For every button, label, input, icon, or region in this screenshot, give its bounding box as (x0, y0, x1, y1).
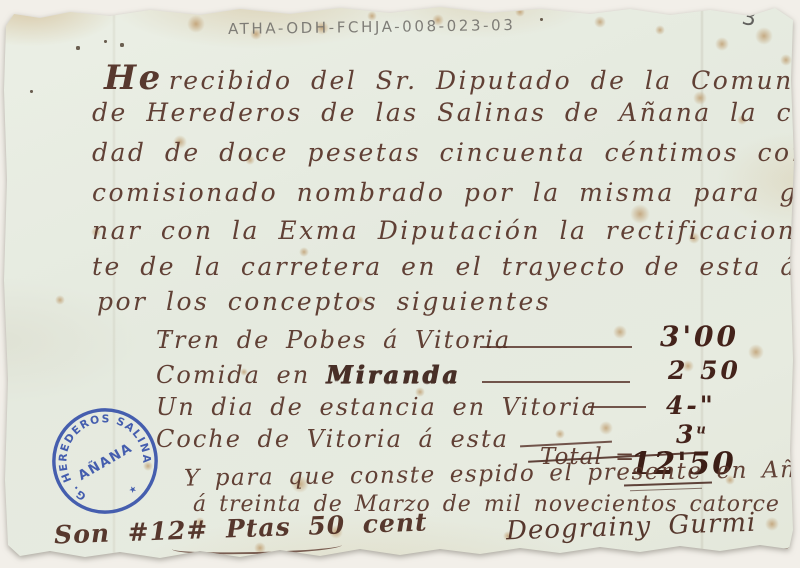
body-line-2: de Herederos de las Salinas de Añana la … (92, 98, 800, 127)
body-line-5: nar con la Exma Diputación la rectificac… (92, 216, 800, 245)
body-line-4: comisionado nombrado por la misma para g… (92, 178, 800, 207)
stain (555, 429, 565, 439)
body-line-6: te de la carretera en el trayecto de est… (92, 252, 800, 281)
stain (613, 325, 627, 339)
ink-speck (120, 43, 124, 47)
stamp-ring-text: G. HEREDEROS SALINAS (24, 380, 160, 516)
expense-row-label: Tren de Pobes á Vitoria (156, 326, 511, 354)
total-underline-2 (630, 488, 702, 492)
opening-initial: He (104, 58, 163, 98)
expense-label-pre: Comida en (156, 361, 326, 389)
scanned-receipt: ATHA-ODH-FCHJA-008-023-03 3 Herecibido d… (0, 0, 800, 568)
stain (515, 7, 525, 17)
stain (594, 16, 606, 28)
stamp-star-icon: ★ (127, 484, 139, 497)
expense-amount: 2 50 (668, 356, 741, 385)
expense-row-label: Coche de Vitoria á esta (156, 425, 509, 453)
page-number: 3 (740, 5, 758, 32)
stain (748, 344, 764, 360)
body-line-7: por los conceptos siguientes (97, 287, 551, 316)
expense-row-label: Comida en Miranda (156, 360, 461, 389)
leader-line (588, 406, 646, 408)
ink-speck (76, 46, 80, 50)
expense-amount-value: 3 (676, 420, 696, 449)
receipt-paper: ATHA-ODH-FCHJA-008-023-03 3 Herecibido d… (0, 0, 800, 568)
body-line-1-text: recibido del Sr. Diputado de la Comunida… (169, 66, 800, 95)
ink-speck (30, 90, 33, 93)
svg-text:G. HEREDEROS SALINAS: G. HEREDEROS SALINAS (24, 380, 160, 516)
expense-label-overwritten: Miranda (326, 360, 461, 389)
expense-amount-mark: u (696, 423, 705, 438)
stain (755, 27, 773, 45)
leader-line (482, 381, 630, 383)
ink-speck (104, 40, 107, 43)
leader-line (480, 346, 632, 348)
stain (599, 421, 613, 435)
body-line-1: Herecibido del Sr. Diputado de la Comuni… (104, 58, 800, 98)
stamp-center-text: AÑANA (75, 439, 136, 484)
body-line-3: dad de doce pesetas cincuenta céntimos c… (92, 138, 800, 167)
ink-speck (540, 18, 543, 21)
figures-underline-flourish (172, 539, 342, 556)
stain (187, 15, 205, 33)
archive-code: ATHA-ODH-FCHJA-008-023-03 (228, 16, 516, 38)
expense-amount: 3u (676, 420, 706, 449)
stain (715, 37, 729, 51)
expense-amount: 3'00 (660, 320, 739, 353)
paper-shadow: ATHA-ODH-FCHJA-008-023-03 3 Herecibido d… (0, 0, 800, 568)
expense-amount: 4-" (666, 391, 716, 420)
expense-row-label: Un dia de estancia en Vitoria (156, 393, 598, 421)
stain (55, 295, 65, 305)
stain (655, 25, 665, 35)
closing-line-1: Y para que conste espido el presente en … (184, 456, 800, 491)
stain (765, 517, 779, 531)
